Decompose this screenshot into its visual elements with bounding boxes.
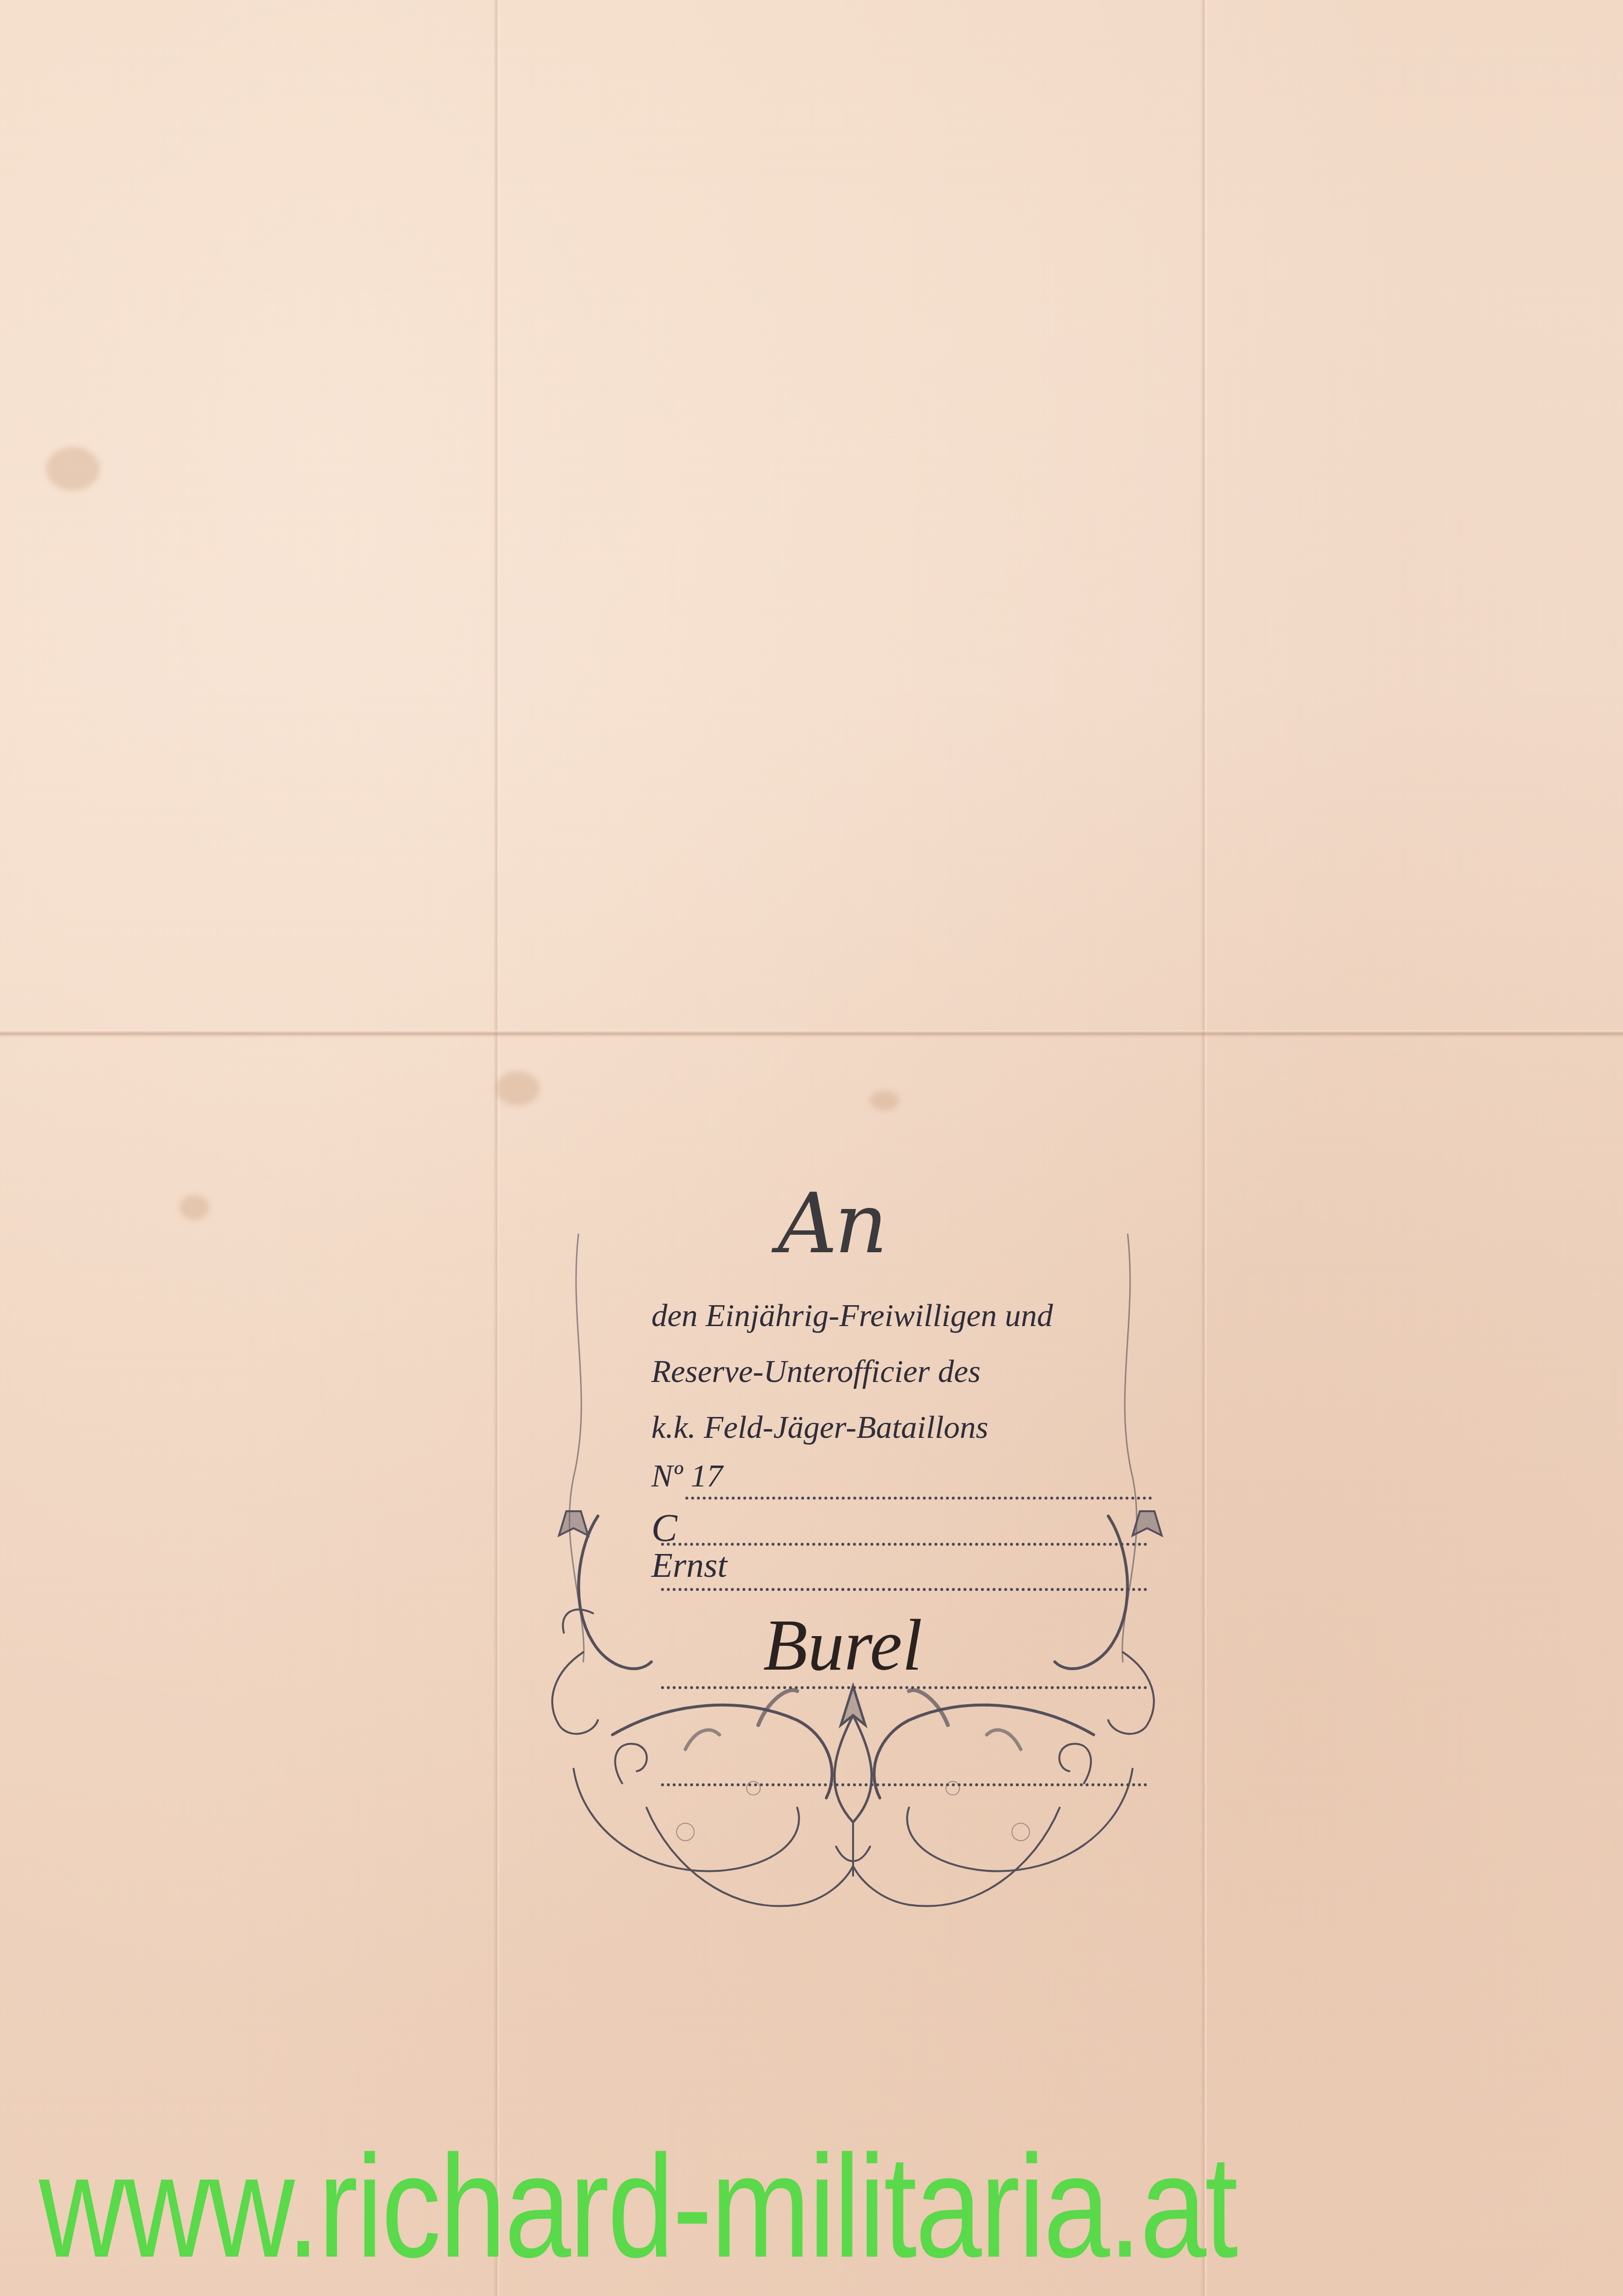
dotted-line [661, 1686, 1147, 1689]
regiment-number: Nº 17 [651, 1458, 723, 1495]
salutation: An [778, 1176, 885, 1272]
address-line-3: k.k. Feld-Jäger-Bataillons [651, 1409, 988, 1446]
surname: Burel [763, 1604, 923, 1687]
address-line-1: den Einjährig-Freiwilligen und [651, 1297, 1053, 1334]
first-name: Ernst [651, 1545, 727, 1586]
address-line-2: Reserve-Unterofficier des [651, 1353, 980, 1390]
vertical-fold-right [1201, 0, 1207, 2296]
dotted-line [661, 1588, 1147, 1591]
website-watermark: www.richard-militaria.at [39, 2133, 1307, 2279]
address-block: An den Einjährig-Freiwilligen und Reserv… [632, 1157, 1191, 1983]
paper-stain [46, 447, 100, 491]
dotted-line [685, 1497, 1152, 1500]
paper-stain [180, 1195, 209, 1220]
horizontal-fold [0, 1030, 1623, 1038]
paper-stain [870, 1091, 899, 1110]
dotted-line [661, 1783, 1147, 1786]
dotted-line [661, 1543, 1147, 1546]
paper-stain [496, 1071, 540, 1105]
vertical-fold-left [493, 0, 500, 2296]
